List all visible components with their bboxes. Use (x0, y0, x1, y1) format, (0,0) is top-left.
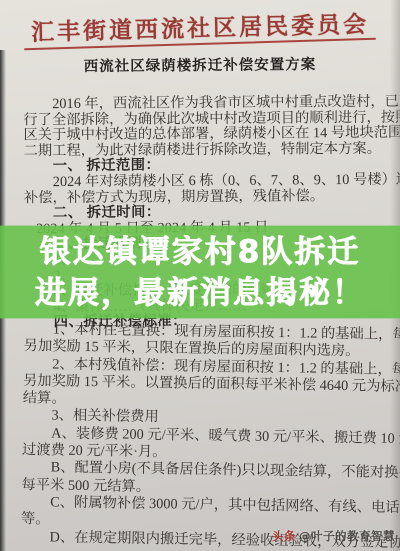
document-photo: 汇丰街道西流社区居民委员会 西流社区绿荫楼拆迁补偿安置方案 2016 年，西流社… (0, 0, 400, 551)
headline-line1: 银达镇谭家村8队拆迁 (0, 232, 400, 273)
watermark-account-label: @叶子的教育智慧 (299, 529, 395, 543)
headline-line2: 进展，最新消息揭秘！ (0, 273, 400, 314)
headline-text: 银达镇谭家村8队拆迁 进展，最新消息揭秘！ (0, 232, 400, 314)
committee-header-title: 汇丰街道西流社区居民委员会 (0, 5, 400, 48)
watermark-brand-label: 头条 (272, 529, 296, 543)
doc-body-lower: 1、本村住宅置换：现有房屋面积按 1：1.2 的基础上，每套房屋 另加奖励 15… (20, 321, 387, 551)
plan-subtitle: 西流社区绿荫楼拆迁补偿安置方案 (0, 52, 400, 76)
headline-overlay-banner: 银达镇谭家村8队拆迁 进展，最新消息揭秘！ (0, 226, 400, 318)
watermark: 头条@叶子的教育智慧 (272, 528, 395, 544)
